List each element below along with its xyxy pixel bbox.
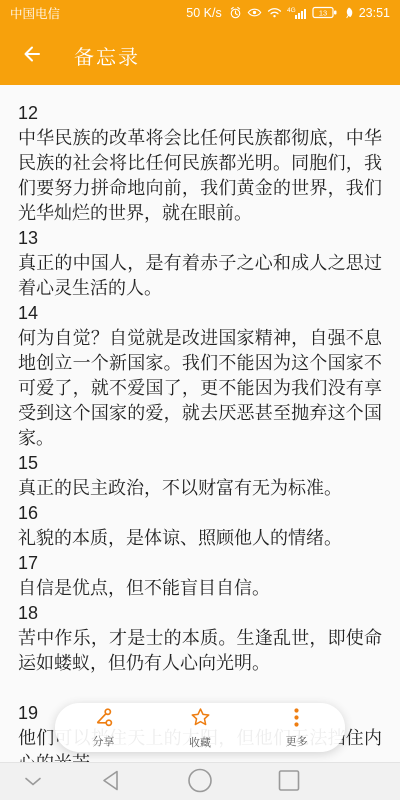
- more-dots-icon: [286, 707, 307, 731]
- note-item: 17 自信是优点，但不能盲目自信。: [18, 551, 382, 601]
- eye-icon: [247, 7, 262, 18]
- hide-navbar-button[interactable]: [20, 770, 46, 793]
- clock-label: 23:51: [359, 6, 390, 20]
- page-title: 备忘录: [74, 41, 140, 70]
- alarm-icon: [229, 6, 242, 19]
- back-triangle-icon: [100, 768, 122, 795]
- status-bar: 中国电信 50 K/s 4G: [0, 0, 400, 25]
- leaf-icon: [343, 6, 354, 19]
- share-label: 分享: [92, 733, 114, 749]
- phone-screen: 中国电信 50 K/s 4G: [0, 0, 400, 800]
- wifi-icon: [267, 7, 282, 18]
- android-nav-bar: [0, 762, 400, 800]
- favorite-button[interactable]: 收藏: [152, 703, 249, 752]
- nav-home-button[interactable]: [183, 763, 217, 800]
- status-icons: 50 K/s 4G: [186, 6, 390, 20]
- note-number: 16: [18, 501, 382, 526]
- recents-square-icon: [278, 769, 301, 795]
- note-number: 13: [18, 226, 382, 251]
- more-button[interactable]: 更多: [248, 703, 345, 752]
- more-label: 更多: [286, 733, 308, 749]
- note-item: 18 苦中作乐，才是士的本质。生逢乱世，即使命运如蝼蚁，但仍有人心向光明。: [18, 601, 382, 676]
- note-text: 真正的民主政治，不以财富有无为标准。: [18, 476, 382, 501]
- share-button[interactable]: 分享: [55, 703, 152, 752]
- star-icon: [189, 706, 212, 732]
- note-text: 礼貌的本质，是体谅、照顾他人的情绪。: [18, 526, 382, 551]
- memo-content[interactable]: 12 中华民族的改革将会比任何民族都彻底，中华民族的社会将比任何民族都光明。同胞…: [0, 85, 400, 800]
- note-text: 何为自觉？自觉就是改进国家精神，自强不息地创立一个新国家。我们不能因为这个国家不…: [18, 326, 382, 451]
- battery-level-label: 13: [319, 9, 327, 18]
- app-bar: 备忘录: [0, 25, 400, 85]
- note-number: 15: [18, 451, 382, 476]
- arrow-left-icon: [20, 42, 44, 69]
- note-number: 12: [18, 101, 382, 126]
- favorite-label: 收藏: [189, 734, 211, 750]
- note-text: 中华民族的改革将会比任何民族都彻底，中华民族的社会将比任何民族都光明。同胞们，我…: [18, 126, 382, 226]
- network-speed-label: 50 K/s: [186, 6, 221, 20]
- nav-back-button[interactable]: [96, 764, 126, 799]
- back-button[interactable]: [16, 38, 48, 73]
- network-type-label: 4G: [287, 7, 296, 14]
- note-text: 真正的中国人，是有着赤子之心和成人之思过着心灵生活的人。: [18, 251, 382, 301]
- nav-recents-button[interactable]: [274, 765, 305, 799]
- note-item: 15 真正的民主政治，不以财富有无为标准。: [18, 451, 382, 501]
- share-icon: [93, 707, 114, 731]
- signal-4g-icon: 4G: [287, 6, 307, 20]
- battery-icon: 13: [312, 6, 338, 19]
- note-item: 12 中华民族的改革将会比任何民族都彻底，中华民族的社会将比任何民族都光明。同胞…: [18, 101, 382, 226]
- chevron-down-icon: [24, 774, 42, 789]
- carrier-label: 中国电信: [10, 4, 60, 22]
- note-number: 18: [18, 601, 382, 626]
- action-toolbar: 分享 收藏 更多: [55, 703, 345, 752]
- note-item: 14 何为自觉？自觉就是改进国家精神，自强不息地创立一个新国家。我们不能因为这个…: [18, 301, 382, 451]
- note-number: 17: [18, 551, 382, 576]
- note-item: 16 礼貌的本质，是体谅、照顾他人的情绪。: [18, 501, 382, 551]
- note-item: 13 真正的中国人，是有着赤子之心和成人之思过着心灵生活的人。: [18, 226, 382, 301]
- home-circle-icon: [187, 767, 213, 796]
- note-number: 14: [18, 301, 382, 326]
- note-text: 自信是优点，但不能盲目自信。: [18, 576, 382, 601]
- note-text: 苦中作乐，才是士的本质。生逢乱世，即使命运如蝼蚁，但仍有人心向光明。: [18, 626, 382, 676]
